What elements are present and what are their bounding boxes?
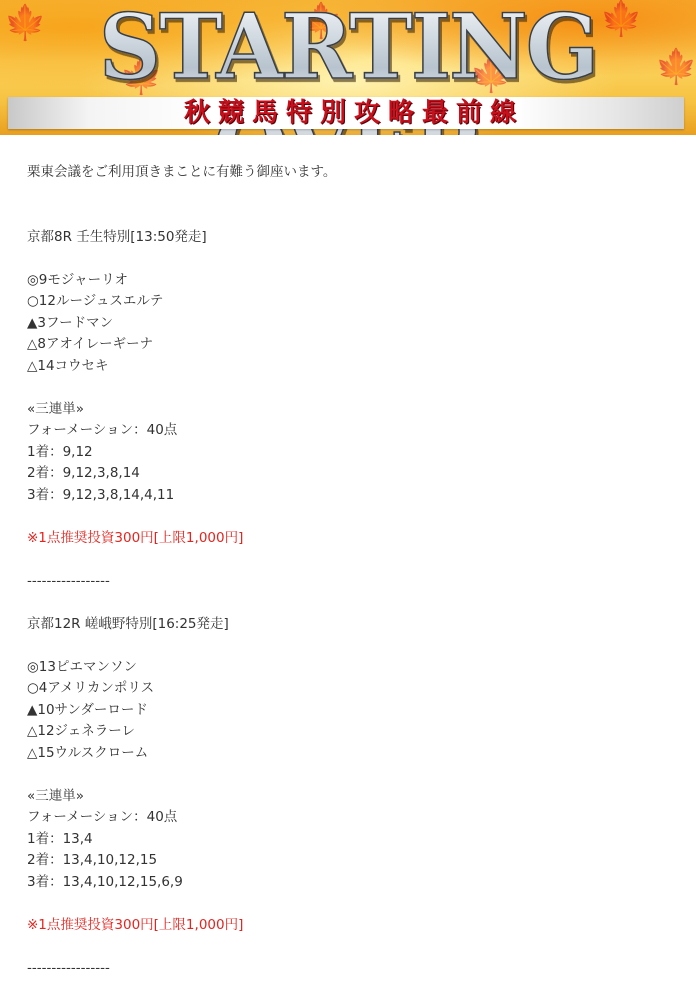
position-3rd: 3着：13,4,10,12,15,6,9 [27, 872, 667, 894]
spacer [27, 893, 667, 915]
spacer [27, 592, 667, 614]
separator: ----------------- [27, 958, 667, 980]
pick-tanana: ▲3フードマン [27, 313, 667, 335]
formation-points: フォーメーション：40点 [27, 807, 667, 829]
pick-honmei: ◎13ピエマンソン [27, 657, 667, 679]
pick-taikou: ○4アメリカンポリス [27, 678, 667, 700]
race-header: 京都8R 壬生特別[13:50発走] [27, 227, 667, 249]
spacer [27, 506, 667, 528]
spacer [27, 549, 667, 571]
position-1st: 1着：13,4 [27, 829, 667, 851]
position-3rd: 3着：9,12,3,8,14,4,11 [27, 485, 667, 507]
position-2nd: 2着：9,12,3,8,14 [27, 463, 667, 485]
spacer [27, 635, 667, 657]
spacer [27, 248, 667, 270]
pick-renka: △15ウルスクローム [27, 743, 667, 765]
separator: ----------------- [27, 571, 667, 593]
article-body: 栗東会議をご利用頂きまことに有難う御座います。 京都8R 壬生特別[13:50発… [27, 162, 667, 979]
pick-tanana: ▲10サンダーロード [27, 700, 667, 722]
spacer [27, 936, 667, 958]
race-header: 京都12R 嵯峨野特別[16:25発走] [27, 614, 667, 636]
investment-recommendation: ※1点推奨投資300円[上限1,000円] [27, 915, 667, 937]
greeting-text: 栗東会議をご利用頂きまことに有難う御座います。 [27, 162, 667, 184]
bet-type: «三連単» [27, 399, 667, 421]
banner-subtitle: 秋競馬特別攻略最前線 [0, 97, 696, 129]
race-section: 京都12R 嵯峨野特別[16:25発走] ◎13ピエマンソン ○4アメリカンポリ… [27, 614, 667, 980]
spacer [27, 377, 667, 399]
position-2nd: 2着：13,4,10,12,15 [27, 850, 667, 872]
pick-renka: △12ジェネラーレ [27, 721, 667, 743]
pick-taikou: ○12ルージュスエルテ [27, 291, 667, 313]
pick-honmei: ◎9モジャーリオ [27, 270, 667, 292]
header-banner: 🍁 🍁 🍁 🍁 🍁 🍁 STARTING OVER 秋競馬特別攻略最前線 [0, 0, 696, 135]
investment-recommendation: ※1点推奨投資300円[上限1,000円] [27, 528, 667, 550]
spacer [27, 184, 667, 227]
spacer [27, 764, 667, 786]
pick-renka: △14コウセキ [27, 356, 667, 378]
formation-points: フォーメーション：40点 [27, 420, 667, 442]
pick-renka: △8アオイレーギーナ [27, 334, 667, 356]
bet-type: «三連単» [27, 786, 667, 808]
position-1st: 1着：9,12 [27, 442, 667, 464]
race-section: 京都8R 壬生特別[13:50発走] ◎9モジャーリオ ○12ルージュスエルテ … [27, 227, 667, 614]
